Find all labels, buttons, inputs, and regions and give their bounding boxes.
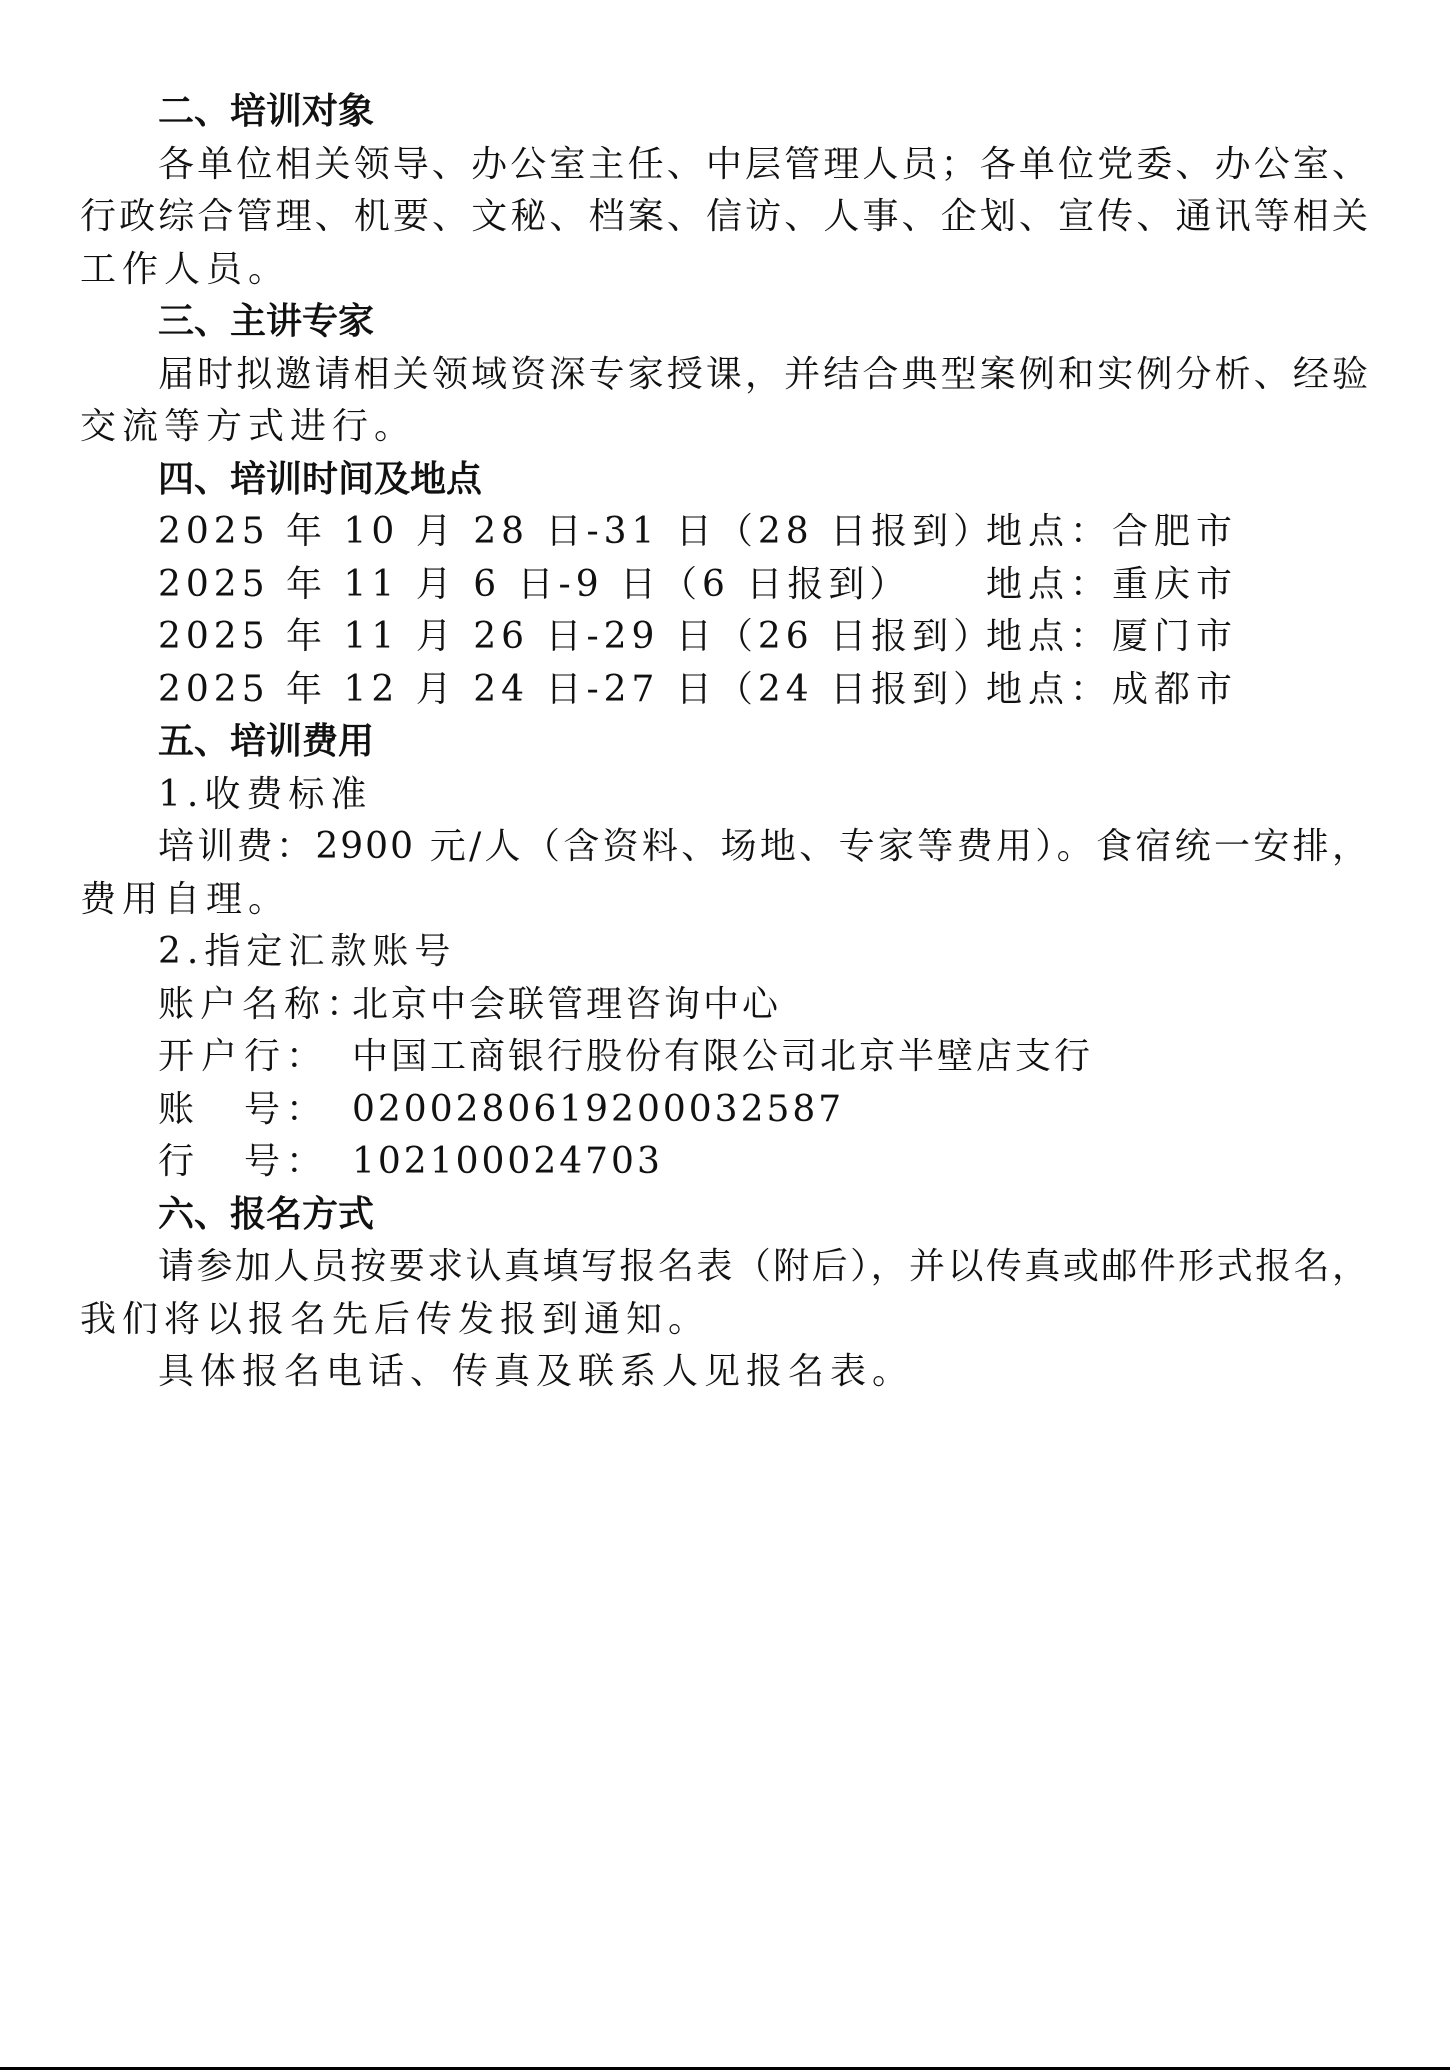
schedule-row: 2025 年 12 月 24 日-27 日（24 日报到） 地点：成都市	[80, 664, 1370, 717]
bank-value: 中国工商银行股份有限公司北京半壁店支行	[352, 1031, 1093, 1084]
schedule-location: 地点：重庆市	[986, 559, 1238, 612]
location-city: 厦门市	[1112, 616, 1238, 657]
schedule-date: 2025 年 10 月 28 日-31 日（28 日报到）	[158, 506, 986, 559]
schedule-location: 地点：成都市	[986, 664, 1238, 717]
schedule-date: 2025 年 12 月 24 日-27 日（24 日报到）	[158, 664, 986, 717]
subheading-remittance-account: 2.指定汇款账号	[80, 926, 1370, 979]
paragraph-line: 费用自理。	[80, 874, 1370, 927]
account-number-label: 账 号：	[158, 1084, 328, 1137]
schedule-row: 2025 年 10 月 28 日-31 日（28 日报到） 地点：合肥市	[80, 506, 1370, 559]
section-heading-fees: 五、培训费用	[80, 716, 1370, 769]
section-heading-schedule: 四、培训时间及地点	[80, 454, 1370, 507]
bank-number-value: 102100024703	[352, 1136, 663, 1189]
location-city: 合肥市	[1112, 511, 1238, 552]
account-name-row: 账户名称： 北京中会联管理咨询中心	[80, 979, 1370, 1032]
paragraph-line: 具体报名电话、传真及联系人见报名表。	[80, 1346, 1370, 1399]
schedule-row: 2025 年 11 月 6 日-9 日（6 日报到） 地点：重庆市	[80, 559, 1370, 612]
location-label: 地点：	[986, 616, 1112, 657]
section-heading-experts: 三、主讲专家	[80, 296, 1370, 349]
paragraph-line: 培训费：2900 元/人（含资料、场地、专家等费用）。食宿统一安排，	[80, 821, 1370, 874]
paragraph-line: 我们将以报名先后传发报到通知。	[80, 1294, 1370, 1347]
bank-number-row: 行 号： 102100024703	[80, 1136, 1370, 1189]
paragraph-line: 届时拟邀请相关领域资深专家授课，并结合典型案例和实例分析、经验	[80, 349, 1370, 402]
account-name-value: 北京中会联管理咨询中心	[352, 979, 781, 1032]
account-number-row: 账 号： 0200280619200032587	[80, 1084, 1370, 1137]
location-city: 重庆市	[1112, 564, 1238, 605]
schedule-row: 2025 年 11 月 26 日-29 日（26 日报到） 地点：厦门市	[80, 611, 1370, 664]
document-page: 二、培训对象 各单位相关领导、办公室主任、中层管理人员；各单位党委、办公室、 行…	[80, 86, 1370, 1399]
paragraph-line: 行政综合管理、机要、文秘、档案、信访、人事、企划、宣传、通讯等相关	[80, 191, 1370, 244]
location-city: 成都市	[1112, 669, 1238, 710]
section-heading-trainees: 二、培训对象	[80, 86, 1370, 139]
bank-row: 开 户 行： 中国工商银行股份有限公司北京半壁店支行	[80, 1031, 1370, 1084]
paragraph-line: 请参加人员按要求认真填写报名表（附后），并以传真或邮件形式报名，	[80, 1241, 1370, 1294]
account-number-value: 0200280619200032587	[352, 1084, 844, 1137]
location-label: 地点：	[986, 511, 1112, 552]
location-label: 地点：	[986, 669, 1112, 710]
bank-number-label: 行 号：	[158, 1136, 328, 1189]
account-name-label: 账户名称：	[158, 979, 352, 1032]
paragraph-line: 交流等方式进行。	[80, 401, 1370, 454]
schedule-date: 2025 年 11 月 6 日-9 日（6 日报到）	[158, 559, 986, 612]
location-label: 地点：	[986, 564, 1112, 605]
paragraph-line: 工作人员。	[80, 244, 1370, 297]
schedule-date: 2025 年 11 月 26 日-29 日（26 日报到）	[158, 611, 986, 664]
bank-label: 开 户 行：	[158, 1031, 328, 1084]
schedule-location: 地点：合肥市	[986, 506, 1238, 559]
paragraph-line: 各单位相关领导、办公室主任、中层管理人员；各单位党委、办公室、	[80, 139, 1370, 192]
subheading-fee-standard: 1.收费标准	[80, 769, 1370, 822]
section-heading-registration: 六、报名方式	[80, 1189, 1370, 1242]
schedule-location: 地点：厦门市	[986, 611, 1238, 664]
